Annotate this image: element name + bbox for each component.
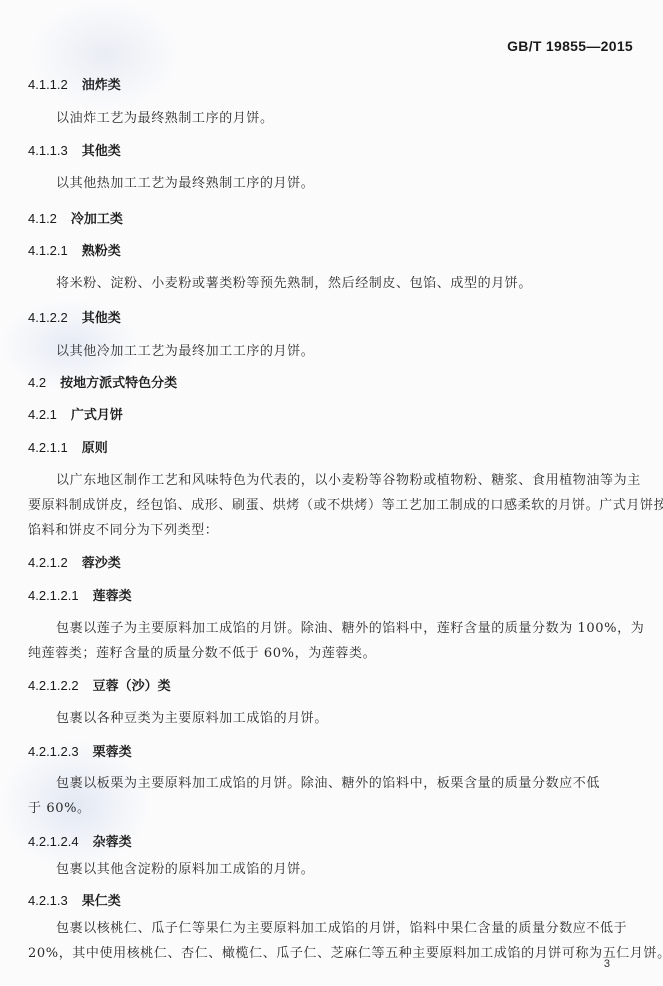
- page-number: 3: [604, 958, 610, 970]
- section-number: 4.2.1: [28, 407, 57, 422]
- section-heading: 4.2.1.3果仁类: [28, 890, 121, 909]
- paragraph-line: 以其他热加工工艺为最终熟制工序的月饼。: [56, 172, 314, 191]
- section-title: 蓉沙类: [82, 556, 121, 571]
- section-number: 4.1.2: [28, 211, 57, 226]
- section-title: 其他类: [82, 144, 121, 159]
- section-number: 4.2.1.3: [28, 893, 68, 908]
- paragraph-line: 包裹以各种豆类为主要原料加工成馅的月饼。: [56, 707, 328, 726]
- paragraph-line: 包裹以莲子为主要原料加工成馅的月饼。除油、糖外的馅料中，莲籽含量的质量分数为 1…: [56, 617, 644, 636]
- paragraph-line: 要原料制成饼皮，经包馅、成形、刷蛋、烘烤（或不烘烤）等工艺加工制成的口感柔软的月…: [28, 494, 663, 513]
- section-title: 果仁类: [82, 894, 121, 909]
- section-title: 莲蓉类: [93, 589, 132, 604]
- paragraph-line: 纯莲蓉类；莲籽含量的质量分数不低于 60%，为莲蓉类。: [28, 642, 376, 661]
- paragraph-line: 包裹以其他含淀粉的原料加工成馅的月饼。: [56, 858, 314, 877]
- section-title: 原则: [82, 441, 108, 456]
- section-title: 豆蓉（沙）类: [93, 679, 171, 694]
- section-heading: 4.2.1.2.2豆蓉（沙）类: [28, 675, 171, 694]
- section-title: 熟粉类: [82, 244, 121, 259]
- section-title: 其他类: [82, 311, 121, 326]
- section-number: 4.2.1.1: [28, 440, 68, 455]
- section-number: 4.1.2.2: [28, 310, 68, 325]
- paragraph-line: 包裹以板栗为主要原料加工成馅的月饼。除油、糖外的馅料中，板栗含量的质量分数应不低: [56, 772, 600, 791]
- section-title: 广式月饼: [71, 408, 123, 423]
- section-heading: 4.2.1.2.1莲蓉类: [28, 585, 132, 604]
- section-number: 4.2.1.2: [28, 555, 68, 570]
- section-number: 4.1.1.3: [28, 143, 68, 158]
- section-number: 4.2.1.2.2: [28, 678, 79, 693]
- section-title: 冷加工类: [71, 212, 123, 227]
- paragraph-line: 以广东地区制作工艺和风味特色为代表的，以小麦粉等谷物粉或植物粉、糖浆、食用植物油…: [56, 469, 641, 488]
- section-heading: 4.1.1.2油炸类: [28, 74, 121, 93]
- section-number: 4.2.1.2.3: [28, 744, 79, 759]
- section-title: 按地方派式特色分类: [60, 376, 177, 391]
- section-title: 杂蓉类: [93, 835, 132, 850]
- section-title: 栗蓉类: [93, 745, 132, 760]
- section-heading: 4.2.1广式月饼: [28, 404, 123, 423]
- section-heading: 4.1.2.2其他类: [28, 307, 121, 326]
- section-heading: 4.2.1.2蓉沙类: [28, 552, 121, 571]
- section-number: 4.1.2.1: [28, 243, 68, 258]
- paragraph-line: 以其他冷加工工艺为最终加工工序的月饼。: [56, 340, 314, 359]
- paragraph-line: 20%，其中使用核桃仁、杏仁、橄榄仁、瓜子仁、芝麻仁等五种主要原料加工成馅的月饼…: [28, 942, 663, 961]
- section-heading: 4.1.1.3其他类: [28, 140, 121, 159]
- section-heading: 4.2.1.1原则: [28, 437, 108, 456]
- section-number: 4.2.1.2.1: [28, 588, 79, 603]
- section-heading: 4.1.2冷加工类: [28, 208, 123, 227]
- standard-code-header: GB/T 19855—2015: [507, 38, 633, 54]
- section-heading: 4.2.1.2.4杂蓉类: [28, 831, 132, 850]
- paragraph-line: 以油炸工艺为最终熟制工序的月饼。: [56, 107, 274, 126]
- section-heading: 4.1.2.1熟粉类: [28, 240, 121, 259]
- section-heading: 4.2.1.2.3栗蓉类: [28, 741, 132, 760]
- section-number: 4.1.1.2: [28, 77, 68, 92]
- section-number: 4.2: [28, 375, 46, 390]
- scan-bleed-artifact: [30, 0, 180, 110]
- section-heading: 4.2按地方派式特色分类: [28, 372, 177, 391]
- section-number: 4.2.1.2.4: [28, 834, 79, 849]
- paragraph-line: 包裹以核桃仁、瓜子仁等果仁为主要原料加工成馅的月饼，馅料中果仁含量的质量分数应不…: [56, 917, 627, 936]
- paragraph-line: 将米粉、淀粉、小麦粉或薯类粉等预先熟制，然后经制皮、包馅、成型的月饼。: [56, 272, 532, 291]
- paragraph-line: 于 60%。: [28, 797, 91, 816]
- paragraph-line: 馅料和饼皮不同分为下列类型：: [28, 519, 218, 538]
- section-title: 油炸类: [82, 78, 121, 93]
